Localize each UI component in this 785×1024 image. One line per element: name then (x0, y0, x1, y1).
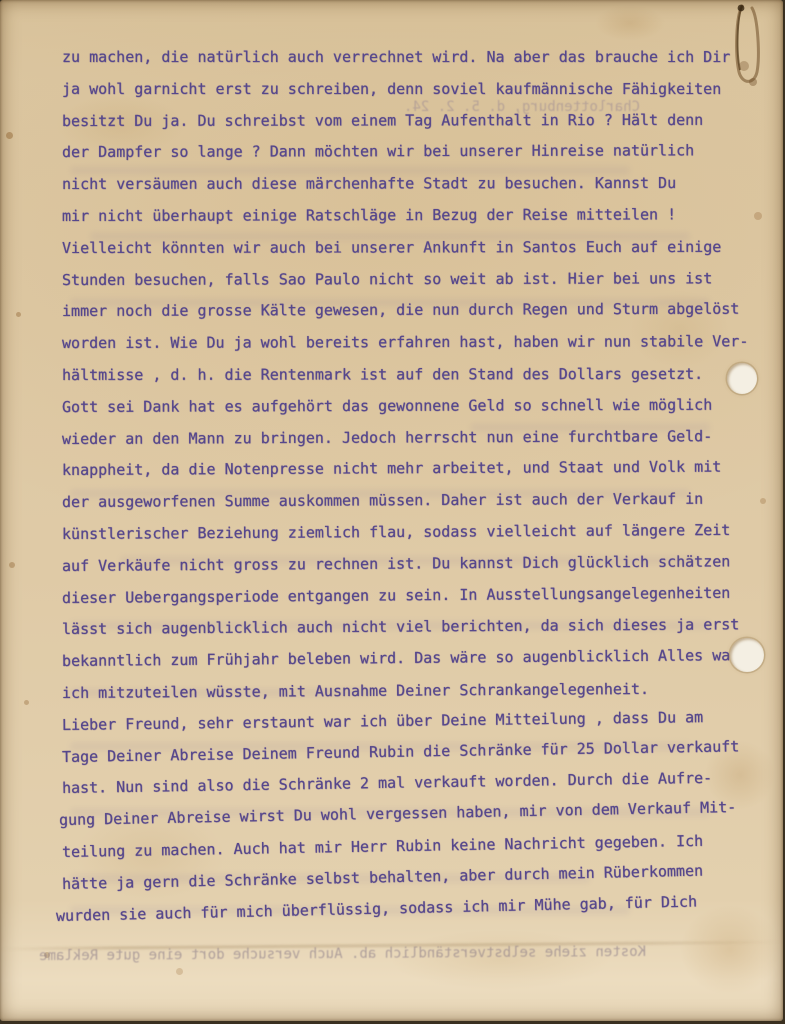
letter-line: knappheit, da die Notenpresse nicht mehr… (62, 452, 762, 487)
letter-line: Vielleicht könnten wir auch bei unserer … (62, 232, 762, 265)
letter-line: der Dampfer so lange ? Dann möchten wir … (62, 136, 762, 170)
foxing-speck (16, 312, 21, 317)
letter-line: dieser Uebergangsperiode entgangen zu se… (62, 577, 762, 614)
letter-line: mir nicht überhaupt einige Ratschläge in… (62, 199, 762, 233)
paperclip-rust-mark (726, 2, 770, 102)
letter-line: der ausgeworfenen Summe auskommen müssen… (62, 483, 762, 518)
letter-line: immer noch die grosse Kälte gewesen, die… (62, 294, 762, 328)
letter-page: Charlottenburg, d. 5. 2. 24. Kosten zieh… (0, 0, 783, 1021)
scanned-letter-photo: Charlottenburg, d. 5. 2. 24. Kosten zieh… (0, 0, 785, 1024)
letter-line: wieder an den Mann zu bringen. Jedoch he… (62, 421, 762, 456)
letter-line: besitzt Du ja. Du schreibst vom einem Ta… (62, 104, 762, 137)
letter-line: bekanntlich zum Frühjahr beleben wird. D… (62, 640, 762, 678)
letter-line: Stunden besuchen, falls Sao Paulo nicht … (62, 263, 762, 297)
letter-line: hältmisse , d. h. die Rentenmark ist auf… (62, 359, 762, 392)
letter-line: worden ist. Wie Du ja wohl bereits erfah… (62, 326, 762, 360)
letter-line: auf Verkäufe nicht gross zu rechnen ist.… (62, 546, 762, 583)
letter-line: nicht versäumen auch diese märchenhafte … (62, 168, 762, 201)
stain (595, 5, 665, 41)
letter-body: zu machen, die natürlich auch verrechnet… (62, 42, 762, 932)
punch-hole (730, 638, 764, 672)
punch-hole (727, 363, 757, 394)
letter-line: Gott sei Dank hat es aufgehört das gewon… (62, 389, 762, 423)
foxing-speck (24, 700, 29, 705)
foxing-speck (176, 968, 183, 975)
foxing-speck (6, 132, 13, 139)
letter-line: zu machen, die natürlich auch verrechnet… (62, 42, 762, 74)
letter-line: ja wohl garnicht erst zu schreiben, denn… (62, 74, 762, 106)
foxing-speck (9, 562, 15, 568)
letter-line: künstlerischer Beziehung ziemlich flau, … (62, 515, 762, 551)
